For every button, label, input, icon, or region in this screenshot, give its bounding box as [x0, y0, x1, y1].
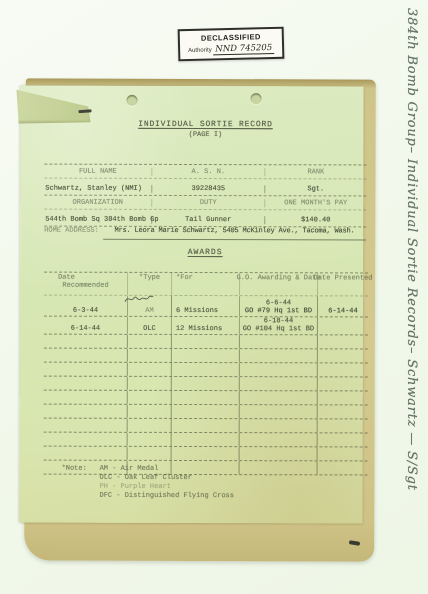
punch-hole-icon	[251, 93, 262, 104]
scanned-document-photo: 384th Bomb Group– Individual Sortie Reco…	[0, 0, 428, 594]
header-rank: RANK	[265, 168, 366, 176]
value-organization: 544th Bomb Sq 384th Bomb Gp	[44, 216, 152, 224]
header-go-awarding: G.O. Awarding & Date	[240, 273, 318, 295]
awards-empty-cell	[240, 419, 318, 432]
header-date-recommended-line2: Recommended	[62, 282, 108, 290]
awards-empty-cell	[240, 447, 318, 460]
value-asn: 39228435	[152, 185, 265, 193]
header-full-name: FULL NAME	[44, 167, 152, 175]
header-asn: A. S. N.	[152, 167, 265, 175]
awards-empty-row	[44, 363, 368, 378]
awards-empty-cell	[128, 405, 172, 418]
awards-empty-row	[44, 335, 368, 350]
award-go: 6-18-44 GO #104 Hq 1st BD	[240, 317, 318, 334]
awards-empty-cell	[240, 335, 318, 348]
awards-empty-cell	[44, 391, 128, 404]
home-address-row: HOME ADDRESS: Mrs. Leora Marie Schwartz,…	[44, 227, 366, 241]
awards-empty-cell	[172, 391, 240, 404]
awards-empty-cell	[318, 405, 368, 418]
archive-margin-note: 384th Bomb Group– Individual Sortie Reco…	[404, 8, 419, 491]
awards-empty-cell	[44, 377, 128, 390]
awards-empty-cell	[240, 405, 318, 418]
identity-header-row-2: ORGANIZATION DUTY ONE MONTH'S PAY	[44, 196, 366, 211]
awards-empty-cell	[240, 391, 318, 404]
pen-mark	[78, 109, 91, 113]
awards-empty-cell	[172, 433, 240, 446]
form-title: INDIVIDUAL SORTIE RECORD	[105, 120, 305, 130]
header-date-recommended: Date Recommended	[44, 273, 128, 295]
awards-empty-row	[44, 405, 368, 420]
value-duty: Tail Gunner	[152, 216, 265, 224]
awards-empty-cell	[240, 461, 318, 474]
value-rank: Sgt.	[265, 185, 366, 193]
identity-header-row-1: FULL NAME A. S. N. RANK	[44, 165, 366, 180]
pencil-scribble-icon	[124, 293, 154, 305]
header-months-pay: ONE MONTH'S PAY	[265, 199, 366, 207]
award-go-order: GO #79 Hq 1st BD	[245, 307, 312, 315]
awards-empty-cell	[44, 419, 128, 432]
awards-empty-cell	[172, 349, 240, 362]
awards-empty-cell	[318, 391, 368, 404]
awards-empty-cell	[44, 363, 128, 376]
award-for: 6 Missions	[172, 296, 240, 316]
awards-empty-cell	[44, 447, 128, 460]
awards-empty-cell	[44, 349, 128, 362]
awards-empty-cell	[318, 419, 368, 432]
award-date-presented: 6-14-44	[318, 296, 368, 316]
folded-corner	[16, 88, 90, 124]
awards-empty-row	[44, 419, 368, 434]
award-go-date: 6-18-44	[264, 317, 293, 325]
awards-empty-cell	[172, 447, 240, 460]
awards-empty-cell	[172, 419, 240, 432]
awards-empty-cell	[318, 377, 368, 390]
awards-empty-cell	[318, 461, 368, 474]
header-type: *Type	[128, 273, 172, 295]
declassified-stamp-title: DECLASSIFIED	[180, 32, 282, 43]
awards-empty-cell	[318, 433, 368, 446]
awards-empty-cell	[128, 391, 172, 404]
header-date-presented: Date Presented	[318, 273, 368, 295]
note-item: AM - Air Medal	[100, 465, 159, 474]
header-date-recommended-line1: Date	[44, 274, 75, 282]
award-date-presented	[318, 317, 368, 334]
award-go-order: GO #104 Hq 1st BD	[243, 325, 314, 333]
award-date-recommended: 6-3-44	[44, 296, 128, 316]
award-type: OLC	[128, 317, 172, 334]
identity-table: FULL NAME A. S. N. RANK Schwartz, Stanle…	[44, 164, 366, 228]
note-item: PH - Purple Heart	[100, 483, 234, 492]
awards-empty-cell	[172, 335, 240, 348]
form-subtitle: (PAGE I)	[105, 131, 305, 140]
awards-empty-cell	[240, 433, 318, 446]
awards-empty-cell	[172, 363, 240, 376]
award-type: AM	[128, 296, 172, 316]
value-full-name: Schwartz, Stanley (NMI)	[44, 185, 152, 193]
header-for: *For	[172, 273, 240, 295]
awards-empty-cell	[318, 447, 368, 460]
awards-empty-cell	[128, 363, 172, 376]
awards-empty-cell	[128, 335, 172, 348]
award-date-recommended: 6-14-44	[44, 317, 128, 334]
declassified-stamp: DECLASSIFIED Authority NND 745205	[178, 27, 285, 62]
awards-empty-cell	[128, 349, 172, 362]
identity-value-row-2: 544th Bomb Sq 384th Bomb Gp Tail Gunner …	[44, 210, 366, 228]
stamp-authority-value: NND 745205	[213, 43, 274, 55]
abbreviation-notes: *Note: AM - Air Medal OLC - Oak Leaf Clu…	[61, 465, 234, 501]
awards-empty-cell	[44, 433, 128, 446]
awards-header-row: Date Recommended *Type *For G.O. Awardin…	[44, 273, 368, 297]
awards-empty-cell	[318, 363, 368, 376]
awards-empty-rows	[44, 335, 368, 476]
identity-value-row-1: Schwartz, Stanley (NMI) 39228435 Sgt.	[44, 179, 366, 197]
awards-empty-cell	[240, 349, 318, 362]
header-duty: DUTY	[152, 198, 265, 206]
form-page: INDIVIDUAL SORTIE RECORD (PAGE I) FULL N…	[19, 86, 363, 524]
awards-empty-cell	[44, 405, 128, 418]
awards-empty-row	[44, 447, 368, 462]
awards-empty-row	[44, 349, 368, 364]
awards-empty-cell	[240, 377, 318, 390]
awards-empty-cell	[128, 447, 172, 460]
awards-empty-cell	[128, 377, 172, 390]
awards-row-1: 6-3-44 AM 6 Missions 6-6-44 GO #79 Hq 1s…	[44, 296, 368, 318]
awards-section-title: AWARDS	[105, 248, 305, 258]
home-address-label: HOME ADDRESS:	[44, 227, 103, 240]
award-type-value: AM	[145, 307, 153, 315]
awards-empty-row	[44, 391, 368, 406]
award-go: 6-6-44 GO #79 Hq 1st BD	[240, 296, 318, 316]
value-months-pay: $140.40	[265, 216, 366, 224]
form-title-block: INDIVIDUAL SORTIE RECORD (PAGE I)	[105, 120, 305, 140]
stamp-authority-line: Authority NND 745205	[180, 43, 282, 55]
awards-empty-cell	[318, 349, 368, 362]
punch-hole-icon	[127, 95, 138, 106]
note-label: *Note:	[62, 465, 100, 474]
note-item: OLC - Oak Leaf Cluster	[100, 474, 234, 483]
awards-empty-cell	[44, 335, 128, 348]
awards-empty-row	[44, 433, 368, 448]
awards-empty-cell	[128, 419, 172, 432]
home-address-value: Mrs. Leora Marie Schwartz, 5405 McKinley…	[103, 227, 366, 241]
note-line: *Note: AM - Air Medal	[62, 465, 234, 474]
award-go-date: 6-6-44	[266, 299, 291, 307]
stamp-authority-label: Authority	[188, 47, 212, 54]
awards-empty-row	[44, 377, 368, 392]
note-item: DFC - Distinguished Flying Cross	[99, 492, 233, 501]
awards-row-2: 6-14-44 OLC 12 Missions 6-18-44 GO #104 …	[44, 317, 368, 336]
awards-empty-cell	[128, 433, 172, 446]
awards-empty-cell	[318, 335, 368, 348]
header-organization: ORGANIZATION	[44, 198, 152, 206]
awards-empty-cell	[172, 377, 240, 390]
awards-table: Date Recommended *Type *For G.O. Awardin…	[44, 272, 369, 476]
award-for: 12 Missions	[172, 317, 240, 334]
awards-empty-cell	[240, 363, 318, 376]
awards-empty-cell	[172, 405, 240, 418]
